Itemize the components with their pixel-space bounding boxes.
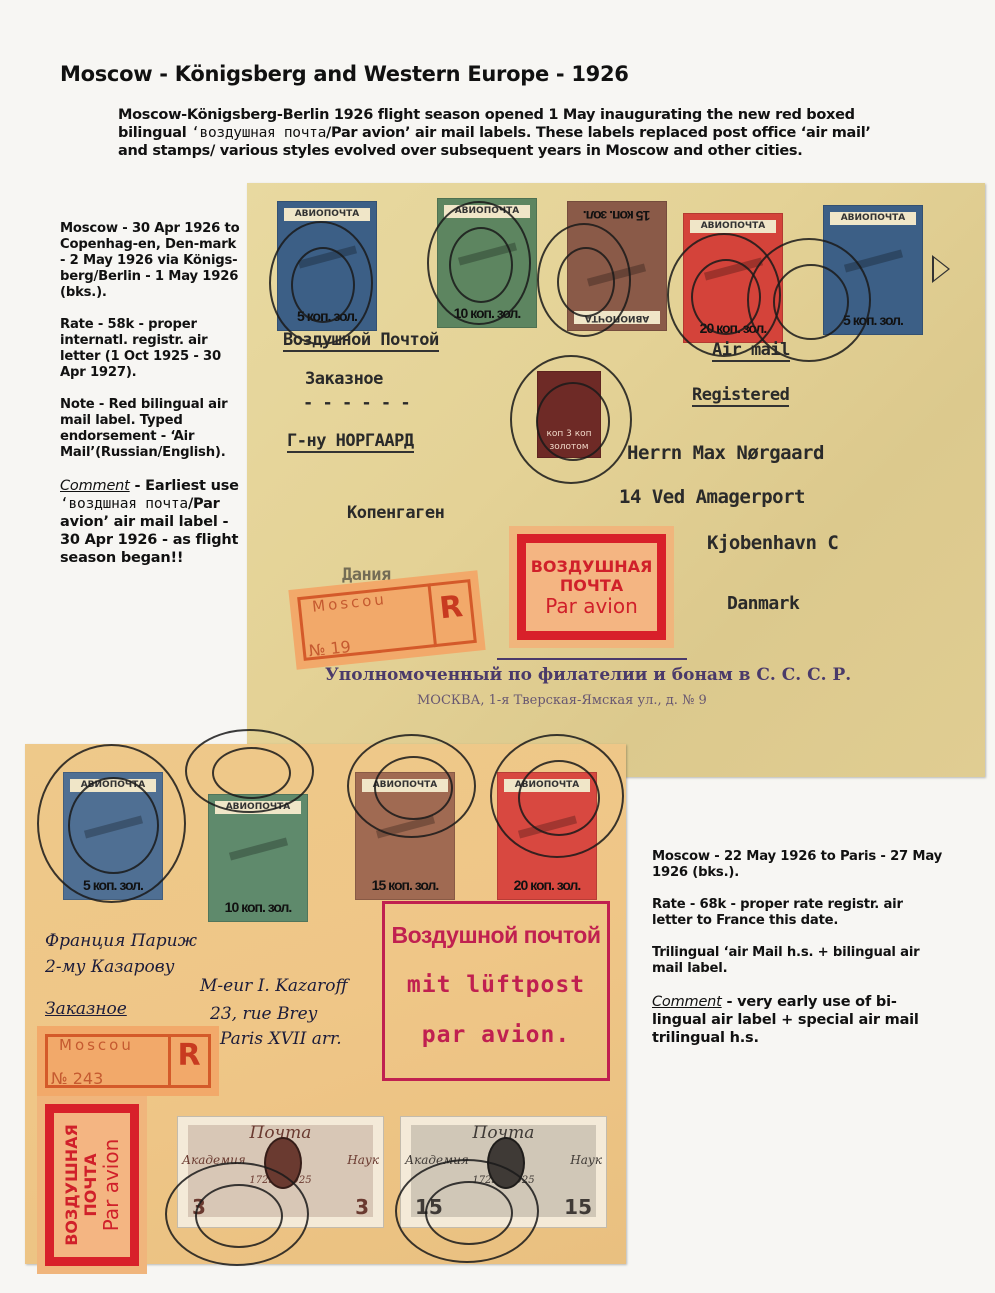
- air-label-line2: ПОЧТА: [560, 576, 623, 595]
- air-label-line1: ВОЗДУШНАЯ: [62, 1124, 81, 1246]
- stamp-header: АВИОПОЧТА: [830, 212, 916, 225]
- stamp-value-right: 3: [355, 1195, 369, 1219]
- cover2-envelope: АВИОПОЧТА5 коп. зол.АВИОПОЧТА10 коп. зол…: [25, 744, 626, 1264]
- air-label-line2: ПОЧТА: [81, 1124, 100, 1246]
- typed-country: Danmark: [727, 593, 799, 614]
- comment-cyrillic: ‘воздшная почта: [60, 496, 188, 512]
- registration-label: Moscou № 243 R: [37, 1026, 219, 1096]
- typed-addressee: Herrn Max Nørgaard: [627, 442, 824, 464]
- reg-label-letter: R: [168, 1034, 207, 1088]
- handwriting-line2: 2-му Казарову: [45, 957, 175, 977]
- sender-line2: МОСКВА, 1-я Тверская-Ямская ул., д. № 9: [417, 693, 707, 708]
- stamp-value-right: 15: [564, 1195, 592, 1219]
- air-label-line3: Par avion: [100, 1124, 122, 1246]
- stamp-overprint: 15 коп. зол.: [570, 208, 664, 224]
- sender-line1: Уполномоченный по филателии и бонам в С.…: [325, 665, 851, 685]
- handwriting-address3: Paris XVII arr.: [220, 1029, 342, 1049]
- postmark: [510, 355, 632, 484]
- comment-label: Comment: [60, 478, 130, 494]
- cover1-rate: Rate - 58k - proper internatl. registr. …: [60, 317, 240, 381]
- airmail-label-rotated: ВОЗДУШНАЯ ПОЧТА Par avion: [37, 1096, 147, 1274]
- handstamp-line2: mit lüftpost: [385, 960, 607, 1010]
- reg-label-number: № 243: [51, 1069, 103, 1088]
- stamp-header: АВИОПОЧТА: [690, 220, 776, 233]
- cover2-notes: Moscow - 22 May 1926 to Paris - 27 May 1…: [652, 849, 947, 1063]
- typed-registered-ru: Заказное: [305, 369, 383, 389]
- cover1-envelope: АВИОПОЧТА5 коп. зол.АВИОПОЧТА10 коп. зол…: [247, 183, 985, 777]
- reg-label-city: Moscou: [59, 1036, 134, 1054]
- postmark: [37, 744, 186, 903]
- air-label-line1: ВОЗДУШНАЯ: [531, 557, 653, 576]
- handwriting-address2: 23, rue Brey: [210, 1004, 317, 1024]
- airmail-stamp: АВИОПОЧТА10 коп. зол.: [208, 794, 308, 922]
- stamp-overprint: 20 коп. зол.: [500, 877, 594, 893]
- stamp-header: АВИОПОЧТА: [284, 208, 370, 221]
- airplane-icon: [229, 838, 288, 861]
- cover2-route: Moscow - 22 May 1926 to Paris - 27 May 1…: [652, 849, 947, 881]
- postmark: [427, 201, 531, 325]
- trilingual-handstamp: Воздушной почтой mit lüftpost par avion.: [382, 901, 610, 1081]
- air-label-line3: Par avion: [545, 595, 638, 617]
- postmark: [269, 221, 373, 345]
- typed-dashes: - - - - - -: [303, 393, 410, 413]
- stamp-overprint: 15 коп. зол.: [358, 877, 452, 893]
- handstamp-line1: Воздушной почтой: [385, 910, 607, 960]
- divider-line: [497, 658, 687, 660]
- comment-label: Comment: [652, 994, 722, 1010]
- handwriting-line3: Заказное: [45, 999, 127, 1019]
- typed-city-ru: Копенгаген: [347, 503, 444, 523]
- cover2-note: Trilingual ‘air Mail h.s. + bilingual ai…: [652, 945, 947, 977]
- handwriting-address1: M-eur I. Kazaroff: [200, 976, 348, 996]
- airmail-label: ВОЗДУШНАЯ ПОЧТА Par avion: [509, 526, 674, 648]
- typed-registered-en: Registered: [692, 385, 789, 407]
- typed-addressee-ru: Г-ну НОРГААРД: [287, 431, 414, 453]
- postmark: [347, 734, 476, 838]
- reg-label-number: № 19: [308, 637, 352, 660]
- intro-paragraph: Moscow-Königsberg-Berlin 1926 flight sea…: [118, 106, 878, 160]
- cover1-note: Note - Red bilingual air mail label. Typ…: [60, 397, 240, 461]
- postmark: [537, 223, 631, 337]
- cover1-notes: Moscow - 30 Apr 1926 to Copenhag-en, Den…: [60, 221, 240, 583]
- postmark: [490, 734, 624, 858]
- typed-airmail-en: Air mail: [712, 340, 790, 362]
- stamp-overprint: 10 коп. зол.: [211, 899, 305, 915]
- cover2-rate: Rate - 68k - proper rate registr. air le…: [652, 897, 947, 929]
- comment-text-a: - Earliest use: [130, 478, 239, 494]
- postmark: [165, 1162, 309, 1266]
- typed-city: Kjobenhavn C: [707, 532, 838, 554]
- postmark: [185, 729, 314, 813]
- cover1-comment: Comment - Earliest use ‘воздшная почта/P…: [60, 477, 240, 567]
- cover2-comment: Comment - very early use of bi-lingual a…: [652, 993, 947, 1047]
- reg-label-letter: R: [427, 579, 472, 647]
- postmark: [395, 1159, 539, 1263]
- typed-airmail-ru: Воздушной Почтой: [283, 330, 439, 352]
- handwriting-line1: Франция Париж: [45, 931, 197, 951]
- page-title: Moscow - Königsberg and Western Europe -…: [60, 62, 629, 86]
- triangle-arrow-icon: [932, 255, 950, 283]
- registration-label: Moscou № 19 R: [288, 570, 485, 669]
- typed-street: 14 Ved Amagerport: [619, 486, 805, 508]
- intro-cyrillic: ‘воздушная почта: [191, 125, 326, 141]
- handstamp-line3: par avion.: [385, 1010, 607, 1060]
- cover1-route: Moscow - 30 Apr 1926 to Copenhag-en, Den…: [60, 221, 240, 301]
